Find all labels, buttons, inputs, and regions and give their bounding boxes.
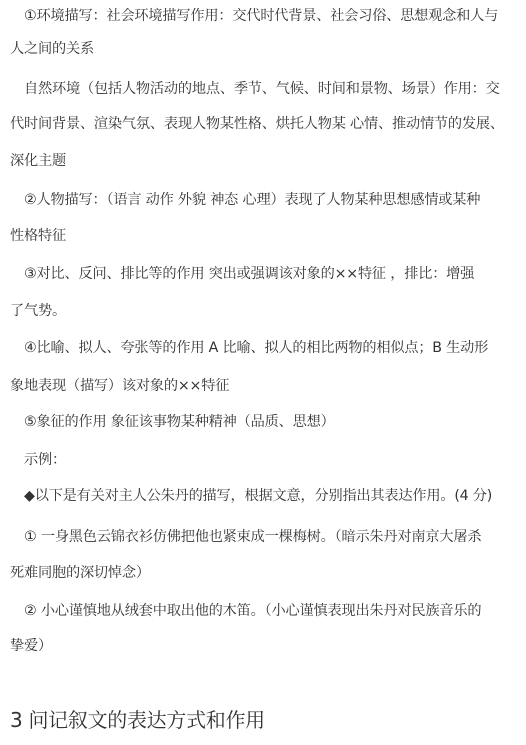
text-line: 自然环境（包括人物活动的地点、季节、气候、时间和景物、场景）作用：交 [24,79,500,99]
section-heading: 3 问记叙文的表达方式和作用 [10,707,265,733]
text-line: ①环境描写：社会环境描写作用：交代时代背景、社会习俗、思想观念和人与 [24,6,498,26]
text-line: 人之间的关系 [10,39,94,59]
text-line: ④比喻、拟人、夸张等的作用 A 比喻、拟人的相比两物的相似点；B 生动形 [24,338,488,358]
text-line: ② 小心谨慎地从绒套中取出他的木笛。（小心谨慎表现出朱丹对民族音乐的 [24,601,481,621]
text-line: 性格特征 [10,226,66,246]
text-line: ◆以下是有关对主人公朱丹的描写，根据文意，分别指出其表达作用。(4 分) [24,486,492,506]
text-line: ① 一身黑色云锦衣衫仿佛把他也紧束成一棵梅树。（暗示朱丹对南京大屠杀 [24,527,481,547]
text-line: 象地表现（描写）该对象的××特征 [10,376,229,396]
text-line: 挚爱） [10,636,52,656]
text-line: ⑤象征的作用 象征该事物某种精神（品质、思想） [24,412,335,432]
text-line: 深化主题 [10,151,66,171]
text-line: 示例： [24,450,66,470]
text-line: 了气势。 [10,301,66,321]
text-line: ③对比、反问、排比等的作用 突出或强调该对象的××特征 ，排比：增强 [24,264,474,284]
text-line: 死难同胞的深切悼念） [10,563,150,583]
text-line: 代时间背景、渲染气氛、表现人物某性格、烘托人物某 心情、推动情节的发展、 [10,114,504,134]
text-line: ②人物描写：（语言 动作 外貌 神态 心理）表现了人物某种思想感情或某种 [24,190,480,210]
